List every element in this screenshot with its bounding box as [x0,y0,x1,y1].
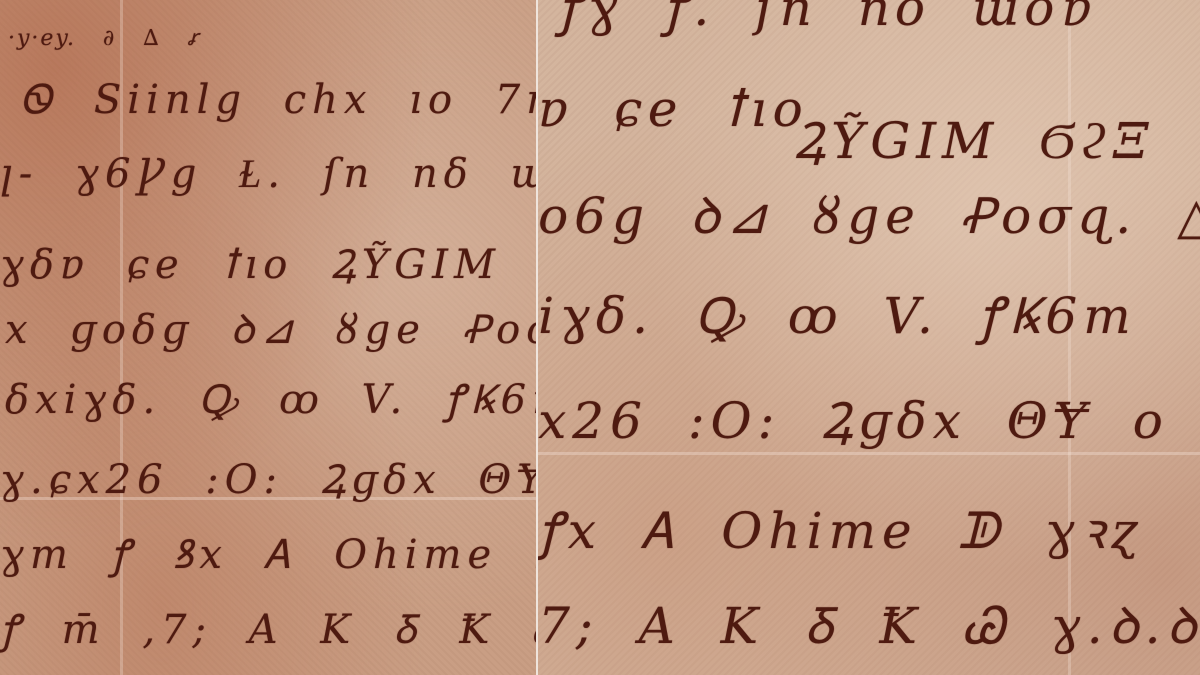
cipher-line: 7; A K Ᵹ Ꝁ Ꮚ ɣ.ꝺ.ꝺ ɀꝭ [538,590,1200,658]
cipher-line: x26 :O: Ꝝɡδx ΘɎ o m [538,385,1200,453]
cipher-line: ɐ ɕe ꝉıo [538,80,809,138]
cipher-line: x ɡoδɡ ꝺ⊿ ȣge Ꝓoσɋ [5,300,536,355]
cipher-line: ɣ.ɕx26 :O: Ꝝɡδx ΘɎ o m [0,450,536,505]
cipher-line: ɣm ꝭ ꝸx Ꭺ Ohime ᗫ ɣꝛɀ [0,525,536,580]
cipher-line: ꞁ- ɣ6Ꝩg Ɫ. ſn nδ ɯδɐ [0,150,536,197]
cipher-line: iɣδ. Ꝙ ꝏ V. ꝭꝂ6m [538,280,1137,348]
cipher-line: ·y·ey. ∂ ∆ ꭉ [8,22,200,52]
cipher-line: ꝭ m̄ ,7; A K Ᵹ Ꝁ Ꮚ ɣ.ꝺ.ꝺ ɀꝭ [0,600,536,655]
cipher-line: δxiɣδ. Ꝙ ꝏ V. ꝭꝂ6m [5,370,536,425]
cipher-line: ꝜỸGIM ϬϩΞ [793,105,1154,173]
cipher-line: ꝭɣ ꝭ. ſn nδ ɯδɐ [558,0,1097,40]
manuscript-right-panel: ꝭɣ ꝭ. ſn nδ ɯδɐ ɐ ɕe ꝉıo ꝜỸGIM ϬϩΞ o6g ꝺ… [538,0,1200,675]
cipher-line: ɣδɐ ɕe ꝉıo ꝜỸGIM ϬϩΞ [0,235,536,290]
cipher-line: Ꮻ Siinlg chx ıo 7nı kꝽ [20,70,536,125]
manuscript-photo: ·y·ey. ∂ ∆ ꭉ Ꮻ Siinlg chx ıo 7nı kꝽ ꞁ- ɣ… [0,0,1200,675]
cipher-line: ꝭx Ꭺ Ohime ᗫ ɣꝛɀ [538,495,1143,563]
cipher-line: o6g ꝺ⊿ ȣge Ꝓoσɋ. △ [538,180,1200,248]
manuscript-left-panel: ·y·ey. ∂ ∆ ꭉ Ꮻ Siinlg chx ıo 7nı kꝽ ꞁ- ɣ… [0,0,536,675]
